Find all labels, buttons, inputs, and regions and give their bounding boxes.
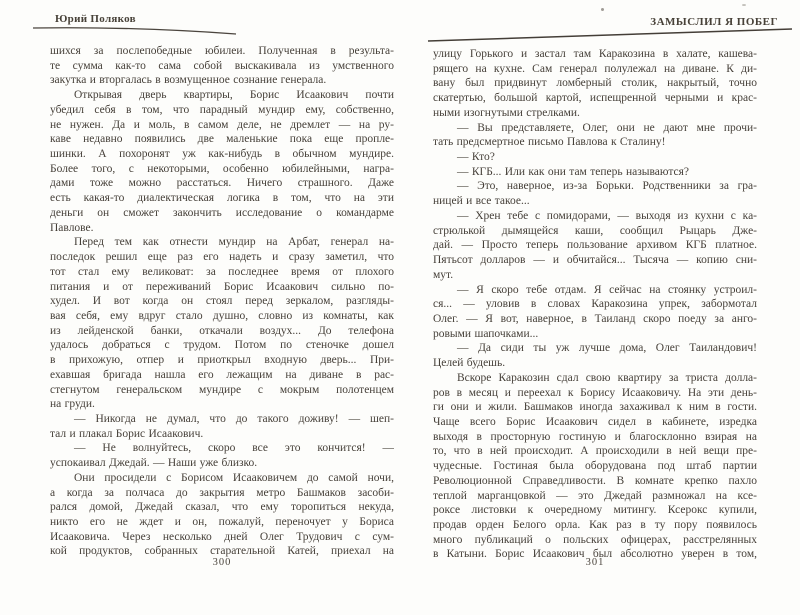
text-line: закутка и вторгалась в возмущенное созна… — [50, 73, 394, 88]
text-line: дами тоже можно расстаться. Ничего страш… — [50, 176, 394, 191]
text-line: ровыми шапочками... — [433, 327, 757, 342]
text-line: есть какая-то диалектическая логика в то… — [50, 191, 394, 206]
text-line: продав орден Белого орла. Как раз в ту п… — [433, 518, 757, 533]
text-line: шихся за послепобедные юбилеи. Полученна… — [50, 44, 394, 59]
text-line: ся... — уловив в словах Каракозина упрек… — [433, 297, 757, 312]
text-line: скатертью, большой картой, испещренной ч… — [433, 91, 757, 106]
text-line: удалось добраться с трудом. Потом по сте… — [50, 338, 394, 353]
text-line: Пятьсот долларов — и обчитайся... Тысяча… — [433, 253, 757, 268]
ink-speck — [601, 8, 604, 11]
running-header-title: ЗАМЫСЛИЛ Я ПОБЕГ — [650, 16, 778, 28]
text-line: Вскоре Каракозин сдал свою квартиру за т… — [433, 371, 757, 386]
text-line: — Не волнуйтесь, скоро все это кончится!… — [50, 441, 394, 456]
text-line: никто его не ждет и он, пожалуй, переноч… — [50, 515, 394, 530]
text-line: — Хрен тебе с помидорами, — выходя из ку… — [433, 209, 757, 224]
left-page-text: шихся за послепобедные юбилеи. Полученна… — [50, 44, 394, 559]
text-line: Революционной Справедливости. В комнате … — [433, 474, 757, 489]
text-line: тал и плакал Борис Исаакович. — [50, 427, 394, 442]
text-line: ными изогнутыми стрелками. — [433, 106, 757, 121]
header-rule-left — [33, 28, 236, 34]
book-spread-scan: Юрий Поляков ЗАМЫСЛИЛ Я ПОБЕГ шихся за п… — [0, 0, 800, 615]
text-line: Олег. — Я вот, наверное, в Таиланд скоро… — [433, 312, 757, 327]
text-line: выходя в просторную гостиную и благоскло… — [433, 430, 757, 445]
text-line: дай. — Просто теперь пользование архивом… — [433, 238, 757, 253]
text-line: — Это, наверное, из-за Борьки. Родственн… — [433, 179, 757, 194]
text-line: стрюлькой дымящейся каши, сообщил Рыцарь… — [433, 224, 757, 239]
text-line: чудесные. Гостиная была оборудована под … — [433, 459, 757, 474]
text-line: — Я скоро тебе отдам. Я сейчас на стоянк… — [433, 283, 757, 298]
text-line: а когда за полчаса до закрытия метро Баш… — [50, 486, 394, 501]
text-line: Они просидели с Борисом Исааковичем до с… — [50, 471, 394, 486]
text-line: питания и от переживаний Борис Исаакович… — [50, 280, 394, 295]
text-line: в прихожую, отпер и приоткрыл входную дв… — [50, 353, 394, 368]
text-line: вая себя, ему вдруг стало душно, словно … — [50, 309, 394, 324]
text-line: ницей и все такое... — [433, 194, 757, 209]
text-line: улицу Горького и застал там Каракозина в… — [433, 47, 757, 62]
text-line: — Никогда не думал, что до такого доживу… — [50, 412, 394, 427]
text-line: тать предсмертное письмо Павлова к Стали… — [433, 135, 757, 150]
page-number-left: 300 — [50, 556, 394, 570]
text-line: Павлове. — [50, 221, 394, 236]
text-line: успокаивал Джедай. — Наши уже близко. — [50, 456, 394, 471]
header-rule-right — [428, 29, 792, 41]
text-line: — Кто? — [433, 150, 757, 165]
right-page-text: улицу Горького и застал там Каракозина в… — [433, 47, 757, 562]
text-line: на груди. — [50, 397, 394, 412]
text-line: деньги он сможет закончить исследование … — [50, 206, 394, 221]
text-line: тот стал ему великоват: за последнее вре… — [50, 265, 394, 280]
text-line: вану был придвинут ломберный столик, нак… — [433, 76, 757, 91]
text-line: Более того, с некоторыми, особенно юбиле… — [50, 162, 394, 177]
text-line: не нужен. Да и моль, в самом деле, не др… — [50, 118, 394, 133]
text-line: Перед тем как отнести мундир на Арбат, г… — [50, 235, 394, 250]
text-line: — Да сиди ты уж лучше дома, Олег Таиланд… — [433, 341, 757, 356]
text-line: роксе листовки к очередному митингу. Ксе… — [433, 503, 757, 518]
text-line: убедил себя в том, что парадный мундир е… — [50, 103, 394, 118]
text-line: — Вы представляете, Олег, они не дают мн… — [433, 121, 757, 136]
text-line: теплой марганцовкой — это Джедай размнож… — [433, 489, 757, 504]
text-line: мут. — [433, 268, 757, 283]
text-line: рался домой, Джедай сказал, что ему торо… — [50, 500, 394, 515]
text-line: шинки. А похоронят уж как-нибудь в обычн… — [50, 147, 394, 162]
text-line: ехавшая бригада нашла его лежащим на див… — [50, 368, 394, 383]
text-line: из лейденской банки, откачали воздух... … — [50, 324, 394, 339]
text-line: ги они и жили. Башмаков иногда захаживал… — [433, 400, 757, 415]
text-line: Чаще всего Борис Исаакович сидел в кабин… — [433, 415, 757, 430]
text-line: — КГБ... Или как они там теперь называют… — [433, 165, 757, 180]
text-line: Открывая дверь квартиры, Борис Исаакович… — [50, 88, 394, 103]
text-line: стегнутом генеральском мундире с мокрым … — [50, 383, 394, 398]
text-line: Целей будешь. — [433, 356, 757, 371]
text-line: рящего на кухне. Сам генерал полулежал н… — [433, 62, 757, 77]
text-line: много публикаций о польских офицерах, ра… — [433, 533, 757, 548]
ink-speck — [742, 4, 746, 6]
text-line: каве недавно появились две маленькие пок… — [50, 132, 394, 147]
text-line: последок решил еще раз его надеть и сраз… — [50, 250, 394, 265]
page-number-right: 301 — [433, 556, 757, 570]
text-line: ров в месяц и переехал к Борису Исаакови… — [433, 386, 757, 401]
text-line: те сумма как-то сама собой выскакивала и… — [50, 59, 394, 74]
text-line: Исааковича. Через несколько дней Олег Тр… — [50, 530, 394, 545]
running-header-author: Юрий Поляков — [55, 13, 136, 25]
text-line: худел. И вот когда он стоял перед зеркал… — [50, 294, 394, 309]
text-line: то, что в ней происходит. А происходили … — [433, 444, 757, 459]
